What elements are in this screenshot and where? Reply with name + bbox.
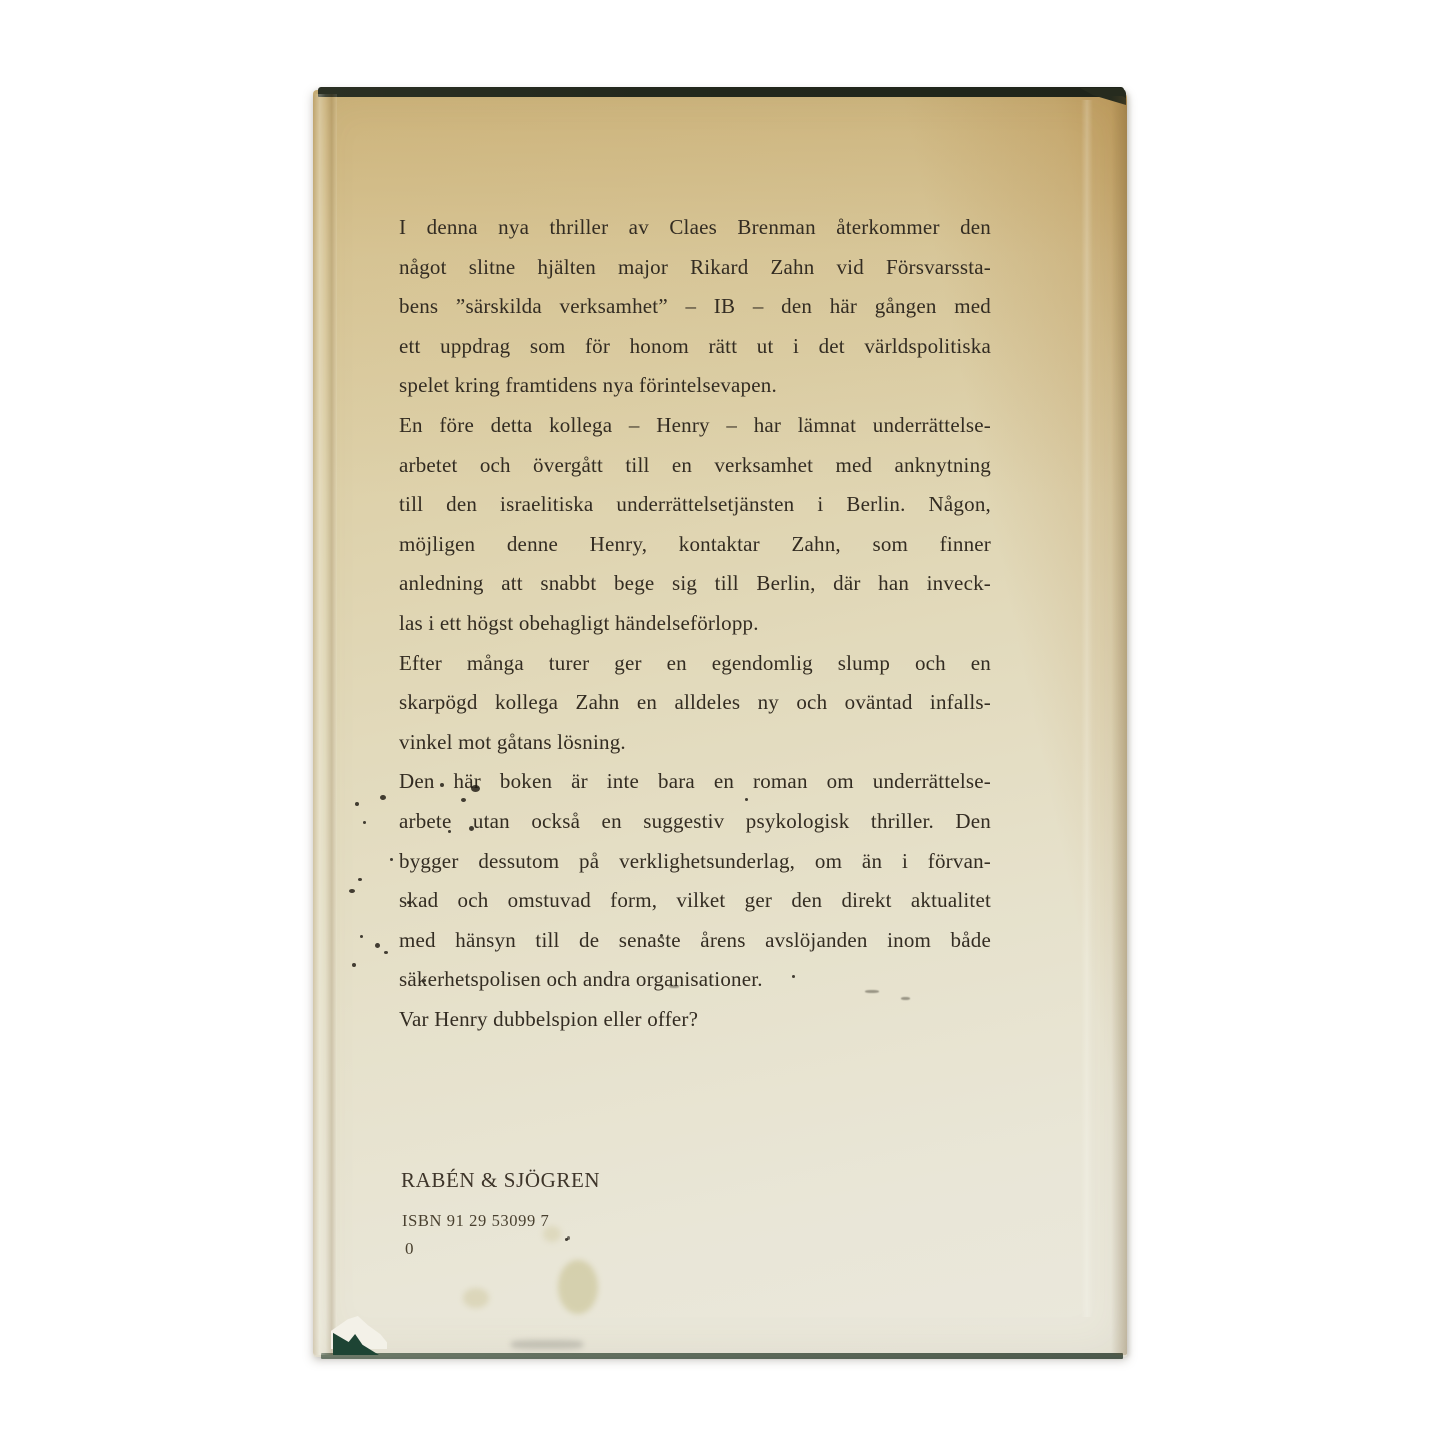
ink-spot: [792, 975, 795, 978]
blurb-line: skarpögd kollega Zahn en alldeles ny och…: [399, 683, 991, 723]
ink-spot: [745, 798, 748, 801]
ink-spot: [375, 943, 380, 948]
stain-yellow: [558, 1260, 598, 1314]
blurb-line: Var Henry dubbelspion eller offer?: [399, 1000, 991, 1040]
stain-yellow: [463, 1288, 489, 1308]
jacket-edge-right: [1111, 96, 1127, 1355]
ink-spot: [384, 951, 388, 954]
ink-spot: [380, 795, 386, 800]
blurb-line: I denna nya thriller av Claes Brenman åt…: [399, 208, 991, 248]
blurb-line: skad och omstuvad form, vilket ger den d…: [399, 881, 991, 921]
blurb-line: Den här boken är inte bara en roman om u…: [399, 762, 991, 802]
price-code: 0: [405, 1239, 414, 1259]
smudge-mark: [901, 997, 910, 1000]
ink-spot: [469, 826, 474, 831]
ink-spot: [390, 858, 393, 861]
ink-spot: [440, 783, 444, 787]
blurb-line: las i ett högst obehagligt händelseförlo…: [399, 604, 991, 644]
ink-spot: [660, 934, 663, 937]
ink-spot: [567, 1236, 570, 1240]
smudge-mark: [865, 990, 879, 993]
stain-yellow: [543, 1226, 561, 1242]
jacket-fold-left: [313, 94, 337, 1355]
blurb-line: arbete utan också en suggestiv psykologi…: [399, 802, 991, 842]
light-reflection-streak: [1081, 100, 1093, 1317]
ink-spot: [358, 878, 362, 881]
blurb-line: anledning att snabbt bege sig till Berli…: [399, 564, 991, 604]
ink-spot: [352, 963, 356, 967]
blurb-line: bens ”särskilda verksamhet” – IB – den h…: [399, 287, 991, 327]
blurb-line: med hänsyn till de senaste årens avslöja…: [399, 921, 991, 961]
blurb: I denna nya thriller av Claes Brenman åt…: [399, 208, 991, 1039]
book-photo: I denna nya thriller av Claes Brenman åt…: [0, 0, 1445, 1445]
blurb-line: något slitne hjälten major Rikard Zahn v…: [399, 248, 991, 288]
blurb-line: bygger dessutom på verklighetsunderlag, …: [399, 842, 991, 882]
board-edge-bottom: [321, 1353, 1123, 1359]
dust-jacket-back-cover: I denna nya thriller av Claes Brenman åt…: [313, 90, 1127, 1357]
smudge-mark: [669, 985, 679, 988]
blurb-line: spelet kring framtidens nya förintelseva…: [399, 366, 991, 406]
blurb-line: ett uppdrag som för honom rätt ut i det …: [399, 327, 991, 367]
ink-spot: [471, 785, 480, 792]
ink-spot: [407, 901, 410, 904]
ink-spot: [461, 798, 466, 802]
ink-spot: [363, 821, 366, 824]
publisher-name: RABÉN & SJÖGREN: [401, 1168, 600, 1193]
blurb-line: möjligen denne Henry, kontaktar Zahn, so…: [399, 525, 991, 565]
blurb-line: En före detta kollega – Henry – har lämn…: [399, 406, 991, 446]
ink-spot: [355, 802, 359, 806]
board-edge-top: [318, 87, 1124, 97]
blurb-line: säkerhetspolisen och andra organisatione…: [399, 960, 991, 1000]
ink-spot: [349, 889, 355, 893]
blurb-line: arbetet och övergått till en verksamhet …: [399, 446, 991, 486]
blurb-line: vinkel mot gåtans lösning.: [399, 723, 991, 763]
ink-spot: [448, 830, 451, 833]
ink-spot: [360, 935, 363, 938]
stain-grey-streak: [511, 1340, 583, 1349]
ink-spot: [423, 979, 426, 982]
blurb-line: Efter många turer ger en egendomlig slum…: [399, 644, 991, 684]
isbn-number: ISBN 91 29 53099 7: [402, 1211, 549, 1231]
blurb-line: till den israelitiska underrättelsetjäns…: [399, 485, 991, 525]
